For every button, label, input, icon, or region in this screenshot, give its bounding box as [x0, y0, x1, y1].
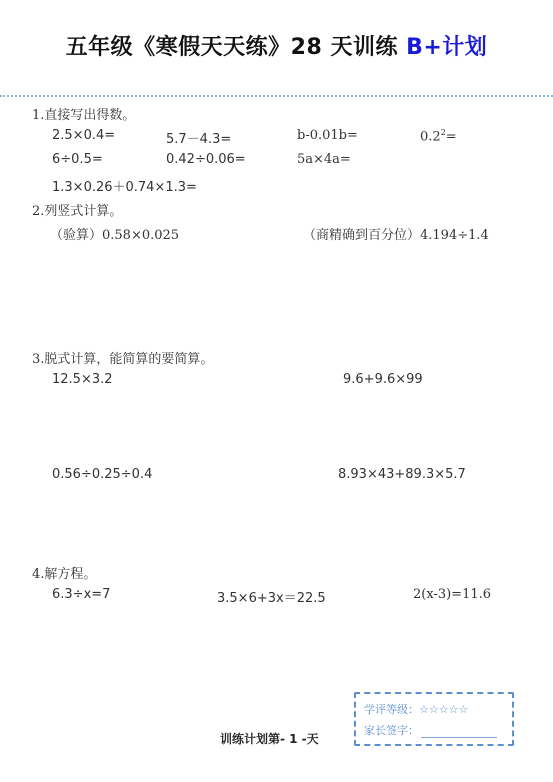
evaluation-box: 学评等级：☆☆☆☆☆ 家长签字： — [354, 692, 514, 746]
problem-1-4-tail: = — [446, 129, 457, 144]
signature-row: 家长签字： — [364, 722, 497, 738]
problem-1-5: 6÷0.5= — [52, 152, 103, 167]
problem-4-2: 3.5×6+3x＝22.5 — [217, 587, 326, 606]
section4-heading: 4.解方程。 — [32, 563, 96, 582]
problem-4-3: 2(x-3)=11.6 — [413, 587, 491, 602]
problem-1-8: 1.3×0.26＋0.74×1.3= — [52, 176, 197, 195]
page-footer: 训练计划第- 1 -天 — [220, 730, 319, 747]
problem-2-2: （商精确到百分位）4.194÷1.4 — [303, 224, 489, 243]
section2-heading: 2.列竖式计算。 — [32, 200, 122, 219]
section3-heading: 3.脱式计算，能简算的要简算。 — [32, 348, 213, 367]
problem-4-1: 6.3÷x=7 — [52, 587, 110, 602]
problem-1-7: 5a×4a= — [297, 152, 351, 167]
section1-heading: 1.直接写出得数。 — [32, 104, 135, 123]
star-rating[interactable]: ☆☆☆☆☆ — [419, 703, 468, 716]
page-title: 五年级《寒假天天练》28 天训练 B+计划 — [0, 30, 553, 61]
grade-row: 学评等级：☆☆☆☆☆ — [364, 701, 468, 717]
problem-3-4: 8.93×43+89.3×5.7 — [338, 467, 466, 482]
signature-line[interactable] — [421, 725, 497, 738]
problem-3-3: 0.56÷0.25÷0.4 — [52, 467, 152, 482]
problem-3-1: 12.5×3.2 — [52, 372, 113, 387]
problem-1-4: 0.22= — [420, 128, 457, 144]
problem-1-6: 0.42÷0.06= — [166, 152, 246, 167]
problem-1-3: b-0.01b= — [297, 128, 358, 143]
problem-1-2: 5.7－4.3= — [166, 128, 231, 147]
grade-label: 学评等级： — [364, 703, 419, 716]
title-main: 五年级《寒假天天练》28 天训练 — [66, 35, 406, 60]
signature-label: 家长签字： — [364, 724, 419, 737]
problem-3-2: 9.6+9.6×99 — [343, 372, 423, 387]
problem-1-1: 2.5×0.4= — [52, 128, 115, 143]
dotted-divider — [0, 95, 553, 97]
problem-2-1: （验算）0.58×0.025 — [50, 224, 179, 243]
title-accent: B+计划 — [406, 35, 487, 60]
problem-1-4-base: 0.2 — [420, 129, 441, 144]
